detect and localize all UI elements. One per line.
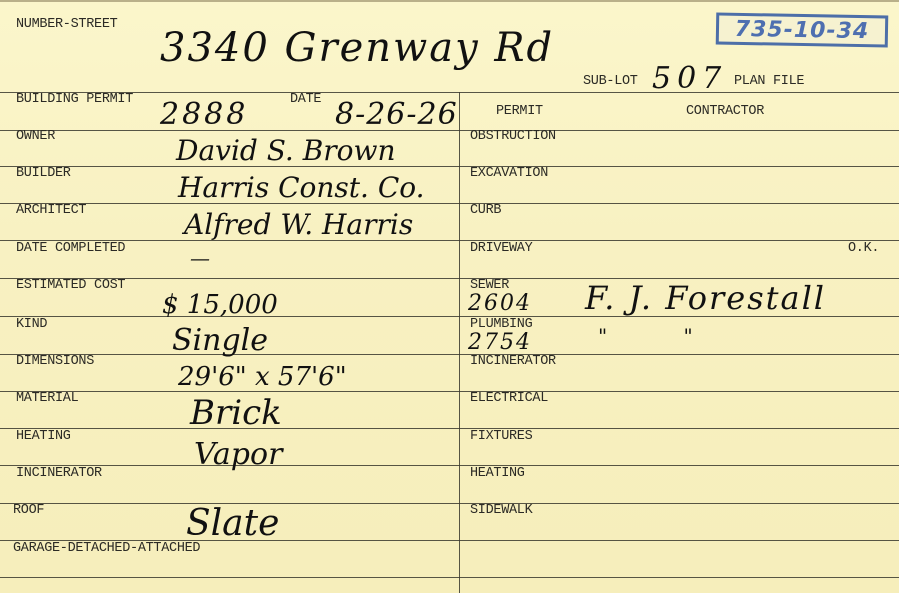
fixtures-label: FIXTURES [470, 430, 532, 444]
kind-value: Single [172, 326, 268, 356]
sewer-permit-number: 2604 [468, 293, 532, 315]
building-permit-value: 2888 [160, 100, 248, 130]
owner-label: OWNER [16, 130, 55, 144]
incinerator-permit-label: INCINERATOR [470, 355, 556, 369]
building-permit-label: BUILDING PERMIT [16, 93, 133, 107]
divider [0, 391, 899, 392]
material-label: MATERIAL [16, 392, 78, 406]
estimated-cost-label: ESTIMATED COST [16, 279, 125, 293]
date-completed-value: — [190, 248, 210, 268]
kind-label: KIND [16, 318, 47, 332]
divider [0, 428, 899, 429]
date-completed-label: DATE COMPLETED [16, 242, 125, 256]
garage-label: GARAGE-DETACHED-ATTACHED [13, 542, 200, 556]
plumbing-contractor: " " [598, 326, 693, 346]
incinerator-label: INCINERATOR [16, 467, 102, 481]
permit-card: NUMBER-STREET 3340 Grenway Rd 735-10-34 … [0, 0, 899, 593]
sub-lot-label: SUB-LOT [583, 75, 638, 89]
sidewalk-label: SIDEWALK [470, 504, 532, 518]
number-street-value: 3340 Grenway Rd [160, 28, 554, 68]
material-value: Brick [190, 396, 282, 430]
contractor-column-header: CONTRACTOR [686, 105, 764, 119]
card-top-edge [0, 0, 899, 2]
sewer-contractor: F. J. Forestall [585, 282, 826, 314]
dimensions-value: 29'6" x 57'6" [178, 364, 347, 390]
builder-label: BUILDER [16, 167, 71, 181]
driveway-status: O.K. [848, 242, 879, 256]
architect-label: ARCHITECT [16, 204, 86, 218]
divider [0, 577, 899, 578]
curb-label: CURB [470, 204, 501, 218]
divider [0, 203, 899, 204]
number-street-label: NUMBER-STREET [16, 18, 117, 32]
heating-value: Vapor [194, 440, 282, 470]
excavation-label: EXCAVATION [470, 167, 548, 181]
heating-permit-label: HEATING [470, 467, 525, 481]
divider [0, 166, 899, 167]
architect-value: Alfred W. Harris [184, 211, 413, 239]
estimated-cost-value: $ 15,000 [162, 292, 278, 318]
roof-value: Slate [186, 506, 279, 542]
dimensions-label: DIMENSIONS [16, 355, 94, 369]
owner-value: David S. Brown [176, 137, 396, 165]
column-divider [459, 92, 460, 593]
plumbing-permit-number: 2754 [468, 332, 532, 354]
obstruction-label: OBSTRUCTION [470, 130, 556, 144]
divider [0, 503, 899, 504]
record-stamp: 735-10-34 [716, 13, 889, 48]
sub-lot-value: 507 [652, 64, 727, 94]
divider [0, 354, 899, 355]
permit-column-header: PERMIT [496, 105, 543, 119]
divider [0, 240, 899, 241]
electrical-label: ELECTRICAL [470, 392, 548, 406]
plan-file-label: PLAN FILE [734, 75, 804, 89]
driveway-label: DRIVEWAY [470, 242, 532, 256]
builder-value: Harris Const. Co. [178, 174, 425, 202]
heating-label: HEATING [16, 430, 71, 444]
date-label: DATE [290, 93, 321, 107]
date-value: 8-26-26 [335, 100, 458, 130]
roof-label: ROOF [13, 504, 44, 518]
divider [0, 92, 899, 93]
divider [0, 465, 899, 466]
